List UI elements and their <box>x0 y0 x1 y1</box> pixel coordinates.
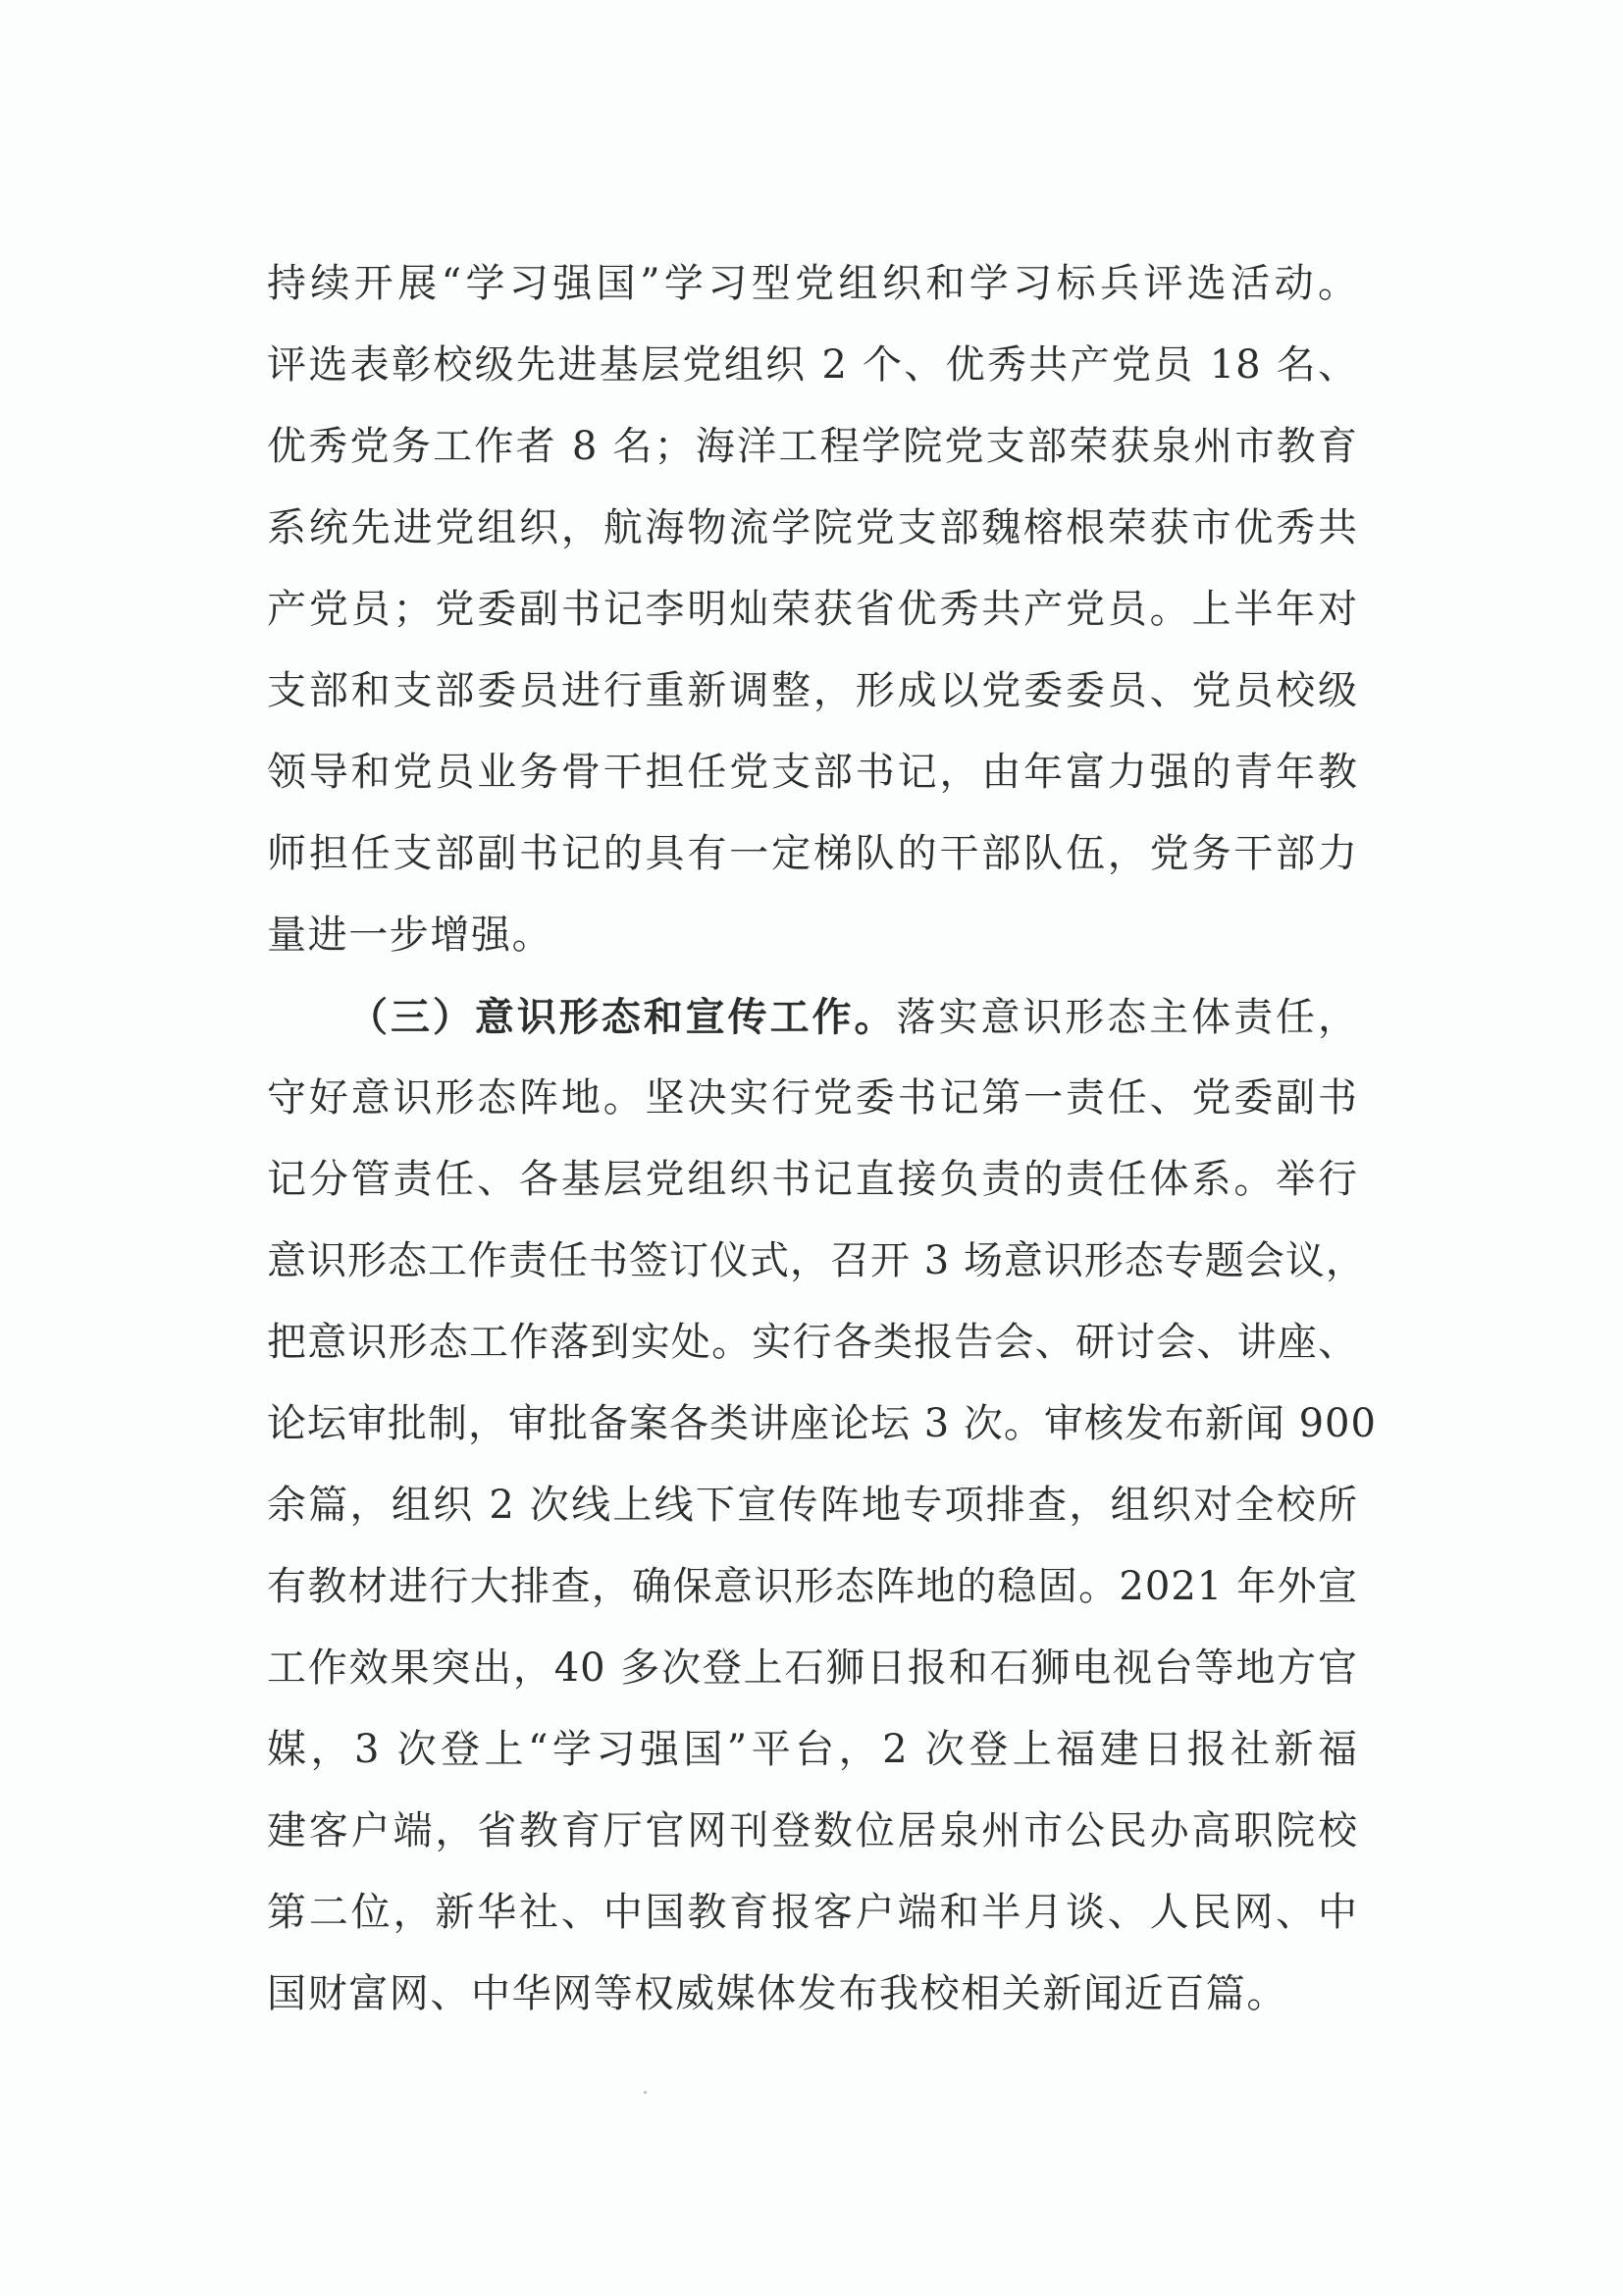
paragraph-2-line-6: 论坛审批制，审批备案各类讲座论坛 3 次。审核发布新闻 900 <box>267 1383 1358 1465</box>
section-heading-rest: 落实意识形态主体责任， <box>896 995 1358 1040</box>
paragraph-1-line-8: 师担任支部副书记的具有一定梯队的干部队伍，党务干部力 <box>267 813 1358 895</box>
document-page: 持续开展“学习强国”学习型党组织和学习标兵评选活动。 评选表彰校级先进基层党组织… <box>0 0 1623 2296</box>
paragraph-2-line-7: 余篇，组织 2 次线上线下宣传阵地专项排查，组织对全校所 <box>267 1465 1358 1546</box>
paragraph-1-line-9: 量进一步增强。 <box>267 895 1358 976</box>
paragraph-1-line-5: 产党员；党委副书记李明灿荣获省优秀共产党员。上半年对 <box>267 569 1358 651</box>
paragraph-1-line-3: 优秀党务工作者 8 名；海洋工程学院党支部荣获泉州市教育 <box>267 406 1358 488</box>
paragraph-1-line-1: 持续开展“学习强国”学习型党组织和学习标兵评选活动。 <box>267 243 1358 325</box>
paragraph-2-line-12: 第二位，新华社、中国教育报客户端和半月谈、人民网、中 <box>267 1872 1358 1954</box>
section-heading: （三）意识形态和宣传工作。 <box>348 994 896 1040</box>
paragraph-1-line-7: 领导和党员业务骨干担任党支部书记，由年富力强的青年教 <box>267 732 1358 813</box>
section-3-first-line: （三）意识形态和宣传工作。落实意识形态主体责任， <box>348 976 1358 1058</box>
paragraph-2-line-8: 有教材进行大排查，确保意识形态阵地的稳固。2021 年外宣 <box>267 1546 1358 1628</box>
paragraph-1-line-4: 系统先进党组织，航海物流学院党支部魏榕根荣获市优秀共 <box>267 488 1358 569</box>
paragraph-2-line-10: 媒，3 次登上“学习强国”平台，2 次登上福建日报社新福 <box>267 1709 1358 1791</box>
paragraph-1-line-2: 评选表彰校级先进基层党组织 2 个、优秀共产党员 18 名、 <box>267 325 1358 406</box>
paragraph-2-line-5: 把意识形态工作落到实处。实行各类报告会、研讨会、讲座、 <box>267 1302 1358 1383</box>
paragraph-1-line-6: 支部和支部委员进行重新调整，形成以党委委员、党员校级 <box>267 651 1358 732</box>
paragraph-2-line-9: 工作效果突出，40 多次登上石狮日报和石狮电视台等地方官 <box>267 1628 1358 1709</box>
scan-speck <box>644 2091 647 2094</box>
paragraph-2-line-2: 守好意识形态阵地。坚决实行党委书记第一责任、党委副书 <box>267 1058 1358 1139</box>
paragraph-2-line-11: 建客户端，省教育厅官网刊登数位居泉州市公民办高职院校 <box>267 1791 1358 1872</box>
paragraph-2-line-13: 国财富网、中华网等权威媒体发布我校相关新闻近百篇。 <box>267 1954 1358 2035</box>
paragraph-2-line-3: 记分管责任、各基层党组织书记直接负责的责任体系。举行 <box>267 1139 1358 1221</box>
paragraph-2-line-4: 意识形态工作责任书签订仪式，召开 3 场意识形态专题会议， <box>267 1221 1358 1302</box>
